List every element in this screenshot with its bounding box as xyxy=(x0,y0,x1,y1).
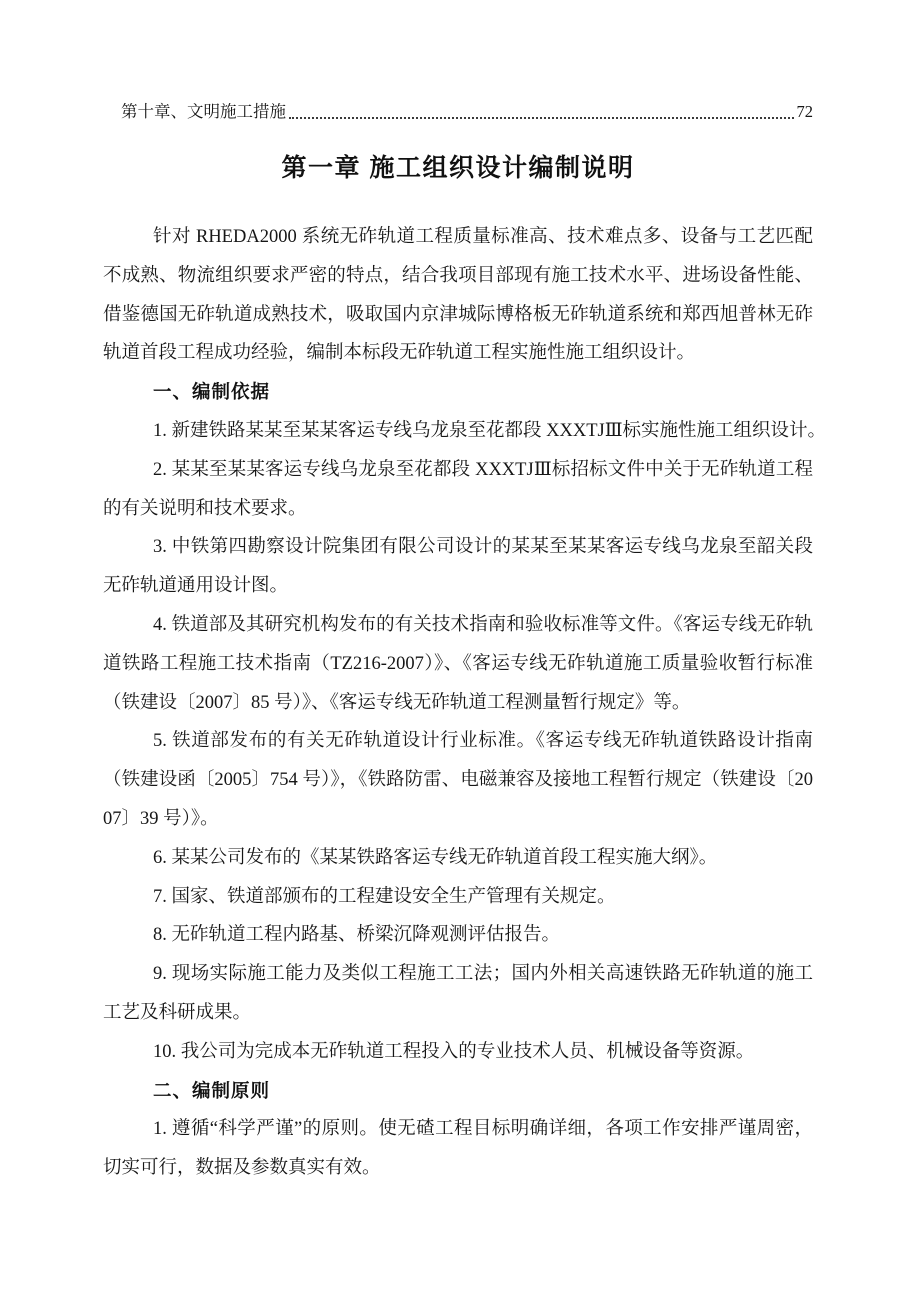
chapter-title: 第一章 施工组织设计编制说明 xyxy=(103,150,813,186)
basis-item-6: 6. 某某公司发布的《某某铁路客运专线无砟轨道首段工程实施大纲》。 xyxy=(103,839,813,878)
basis-item-2: 2. 某某至某某客运专线乌龙泉至花都段 XXXTJⅢ标招标文件中关于无砟轨道工程… xyxy=(103,451,813,529)
principle-item-1: 1. 遵循“科学严谨”的原则。使无碴工程目标明确详细，各项工作安排严谨周密，切实… xyxy=(103,1110,813,1188)
basis-item-1: 1. 新建铁路某某至某某客运专线乌龙泉至花都段 XXXTJⅢ标实施性施工组织设计… xyxy=(103,412,813,451)
basis-item-8: 8. 无砟轨道工程内路基、桥梁沉降观测评估报告。 xyxy=(103,916,813,955)
basis-item-9: 9. 现场实际施工能力及类似工程施工工法；国内外相关高速铁路无砟轨道的施工工艺及… xyxy=(103,955,813,1033)
section-heading-compilation-principles: 二、编制原则 xyxy=(103,1072,813,1111)
toc-dot-leader xyxy=(289,117,794,119)
toc-page-number: 72 xyxy=(797,100,814,124)
basis-item-4: 4. 铁道部及其研究机构发布的有关技术指南和验收标准等文件。《客运专线无砟轨道铁… xyxy=(103,606,813,722)
basis-item-3: 3. 中铁第四勘察设计院集团有限公司设计的某某至某某客运专线乌龙泉至韶关段无砟轨… xyxy=(103,528,813,606)
document-body: 针对 RHEDA2000 系统无砟轨道工程质量标准高、技术难点多、设备与工艺匹配… xyxy=(103,218,813,1188)
intro-paragraph: 针对 RHEDA2000 系统无砟轨道工程质量标准高、技术难点多、设备与工艺匹配… xyxy=(103,218,813,373)
section-heading-compilation-basis: 一、编制依据 xyxy=(103,373,813,412)
basis-item-10: 10. 我公司为完成本无砟轨道工程投入的专业技术人员、机械设备等资源。 xyxy=(103,1033,813,1072)
document-page: 第十章、文明施工措施 72 第一章 施工组织设计编制说明 针对 RHEDA200… xyxy=(0,0,920,1302)
toc-entry: 第十章、文明施工措施 72 xyxy=(121,100,813,124)
basis-item-7: 7. 国家、铁道部颁布的工程建设安全生产管理有关规定。 xyxy=(103,878,813,917)
basis-item-5: 5. 铁道部发布的有关无砟轨道设计行业标准。《客运专线无砟轨道铁路设计指南（铁建… xyxy=(103,722,813,838)
toc-entry-label: 第十章、文明施工措施 xyxy=(121,100,286,124)
